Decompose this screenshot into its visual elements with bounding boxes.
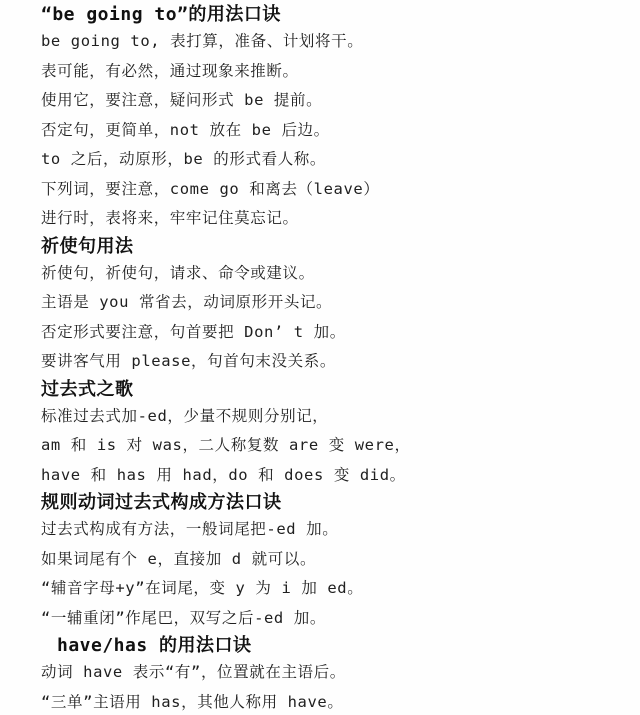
sections-container: “be going to”的用法口诀be going to, 表打算，准备、计划… [41,2,620,715]
verse-line: 过去式构成有方法，一般词尾把-ed 加。 [41,515,620,545]
verse-line: to 之后，动原形，be 的形式看人称。 [41,145,620,175]
verse-line: 否定句，更简单，not 放在 be 后边。 [41,116,620,146]
document-page: “be going to”的用法口诀be going to, 表打算，准备、计划… [0,0,640,715]
section-heading: 过去式之歌 [41,377,620,402]
section-heading: “be going to”的用法口诀 [41,2,620,27]
verse-line: “辅音字母+y”在词尾，变 y 为 i 加 ed。 [41,574,620,604]
verse-line: “三单”主语用 has，其他人称用 have。 [41,688,620,715]
verse-line: am 和 is 对 was，二人称复数 are 变 were， [41,431,620,461]
verse-line: 祈使句，祈使句，请求、命令或建议。 [41,259,620,289]
section-heading: 祈使句用法 [41,234,620,259]
verse-line: “一辅重闭”作尾巴，双写之后-ed 加。 [41,604,620,634]
verse-line: 否定形式要注意，句首要把 Don’ t 加。 [41,318,620,348]
verse-line: 动词 have 表示“有”，位置就在主语后。 [41,658,620,688]
verse-line: 使用它，要注意，疑问形式 be 提前。 [41,86,620,116]
section-heading: have/has 的用法口诀 [41,633,620,658]
verse-line: 如果词尾有个 e，直接加 d 就可以。 [41,545,620,575]
verse-line: have 和 has 用 had，do 和 does 变 did。 [41,461,620,491]
verse-line: 下列词，要注意，come go 和离去（leave） [41,175,620,205]
verse-line: 进行时，表将来，牢牢记住莫忘记。 [41,204,620,234]
verse-line: 主语是 you 常省去，动词原形开头记。 [41,288,620,318]
verse-line: 表可能，有必然，通过现象来推断。 [41,57,620,87]
verse-line: 标准过去式加-ed，少量不规则分别记， [41,402,620,432]
verse-line: be going to, 表打算，准备、计划将干。 [41,27,620,57]
verse-line: 要讲客气用 please，句首句末没关系。 [41,347,620,377]
section-heading: 规则动词过去式构成方法口诀 [41,490,620,515]
